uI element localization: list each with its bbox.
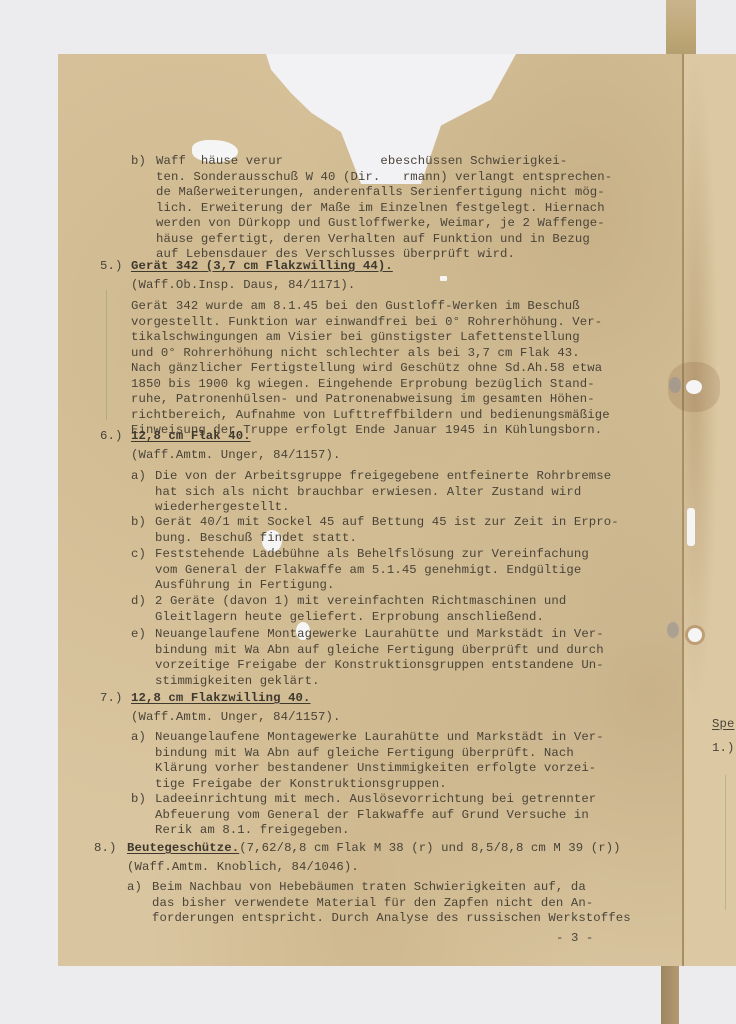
page-number: - 3 -: [556, 931, 593, 947]
section-title-suffix: (7,62/8,8 cm Flak M 38 (r) und 8,5/8,8 c…: [239, 841, 620, 855]
section-title: Beutegeschütze.: [127, 841, 239, 855]
paragraph: Ladeeinrichtung mit mech. Auslösevorrich…: [155, 792, 596, 839]
item-label: b): [131, 154, 146, 170]
item-label: d): [131, 594, 146, 610]
next-page-heading: Spe: [712, 717, 734, 733]
section-title: 12,8 cm Flakzwilling 40.: [131, 691, 311, 707]
section-number: 6.): [100, 429, 122, 445]
paragraph: Feststehende Ladebühne als Behelfslösung…: [155, 547, 589, 594]
paragraph: Gerät 40/1 mit Sockel 45 auf Bettung 45 …: [155, 515, 619, 546]
margin-line: [725, 775, 726, 910]
section-heading: Beutegeschütze.(7,62/8,8 cm Flak M 38 (r…: [127, 841, 621, 857]
item-label: a): [131, 730, 146, 746]
section-number: 7.): [100, 691, 122, 707]
section-number: 8.): [94, 841, 116, 857]
section-title: Gerät 342 (3,7 cm Flakzwilling 44).: [131, 259, 393, 275]
section-number: 5.): [100, 259, 122, 275]
next-page-item: 1.): [712, 741, 734, 757]
item-label: a): [131, 469, 146, 485]
paragraph: Neuangelaufene Montagewerke Laurahütte u…: [155, 730, 604, 792]
paragraph: Gerät 342 wurde am 8.1.45 bei den Gustlo…: [131, 299, 610, 439]
paragraph: 2 Geräte (davon 1) mit vereinfachten Ric…: [155, 594, 566, 625]
margin-line: [106, 290, 107, 420]
paragraph: Beim Nachbau von Hebebäumen traten Schwi…: [152, 880, 631, 927]
section-reference: (Waff.Amtm. Unger, 84/1157).: [131, 710, 340, 726]
item-label: e): [131, 627, 146, 643]
section-reference: (Waff.Amtm. Unger, 84/1157).: [131, 448, 340, 464]
item-label: b): [131, 792, 146, 808]
item-label: b): [131, 515, 146, 531]
paragraph: Neuangelaufene Montagewerke Laurahütte u…: [155, 627, 604, 689]
typewritten-text: b) Waff häuse verur ebeschüssen Schwieri…: [0, 0, 736, 1024]
item-label: a): [127, 880, 142, 896]
section-reference: (Waff.Ob.Insp. Daus, 84/1171).: [131, 278, 355, 294]
section-title: 12,8 cm Flak 40.: [131, 429, 251, 445]
item-label: c): [131, 547, 146, 563]
section-reference: (Waff.Amtm. Knoblich, 84/1046).: [127, 860, 359, 876]
paragraph: Waff häuse verur ebeschüssen Schwierigke…: [156, 154, 612, 263]
paragraph: Die von der Arbeitsgruppe freigegebene e…: [155, 469, 611, 516]
